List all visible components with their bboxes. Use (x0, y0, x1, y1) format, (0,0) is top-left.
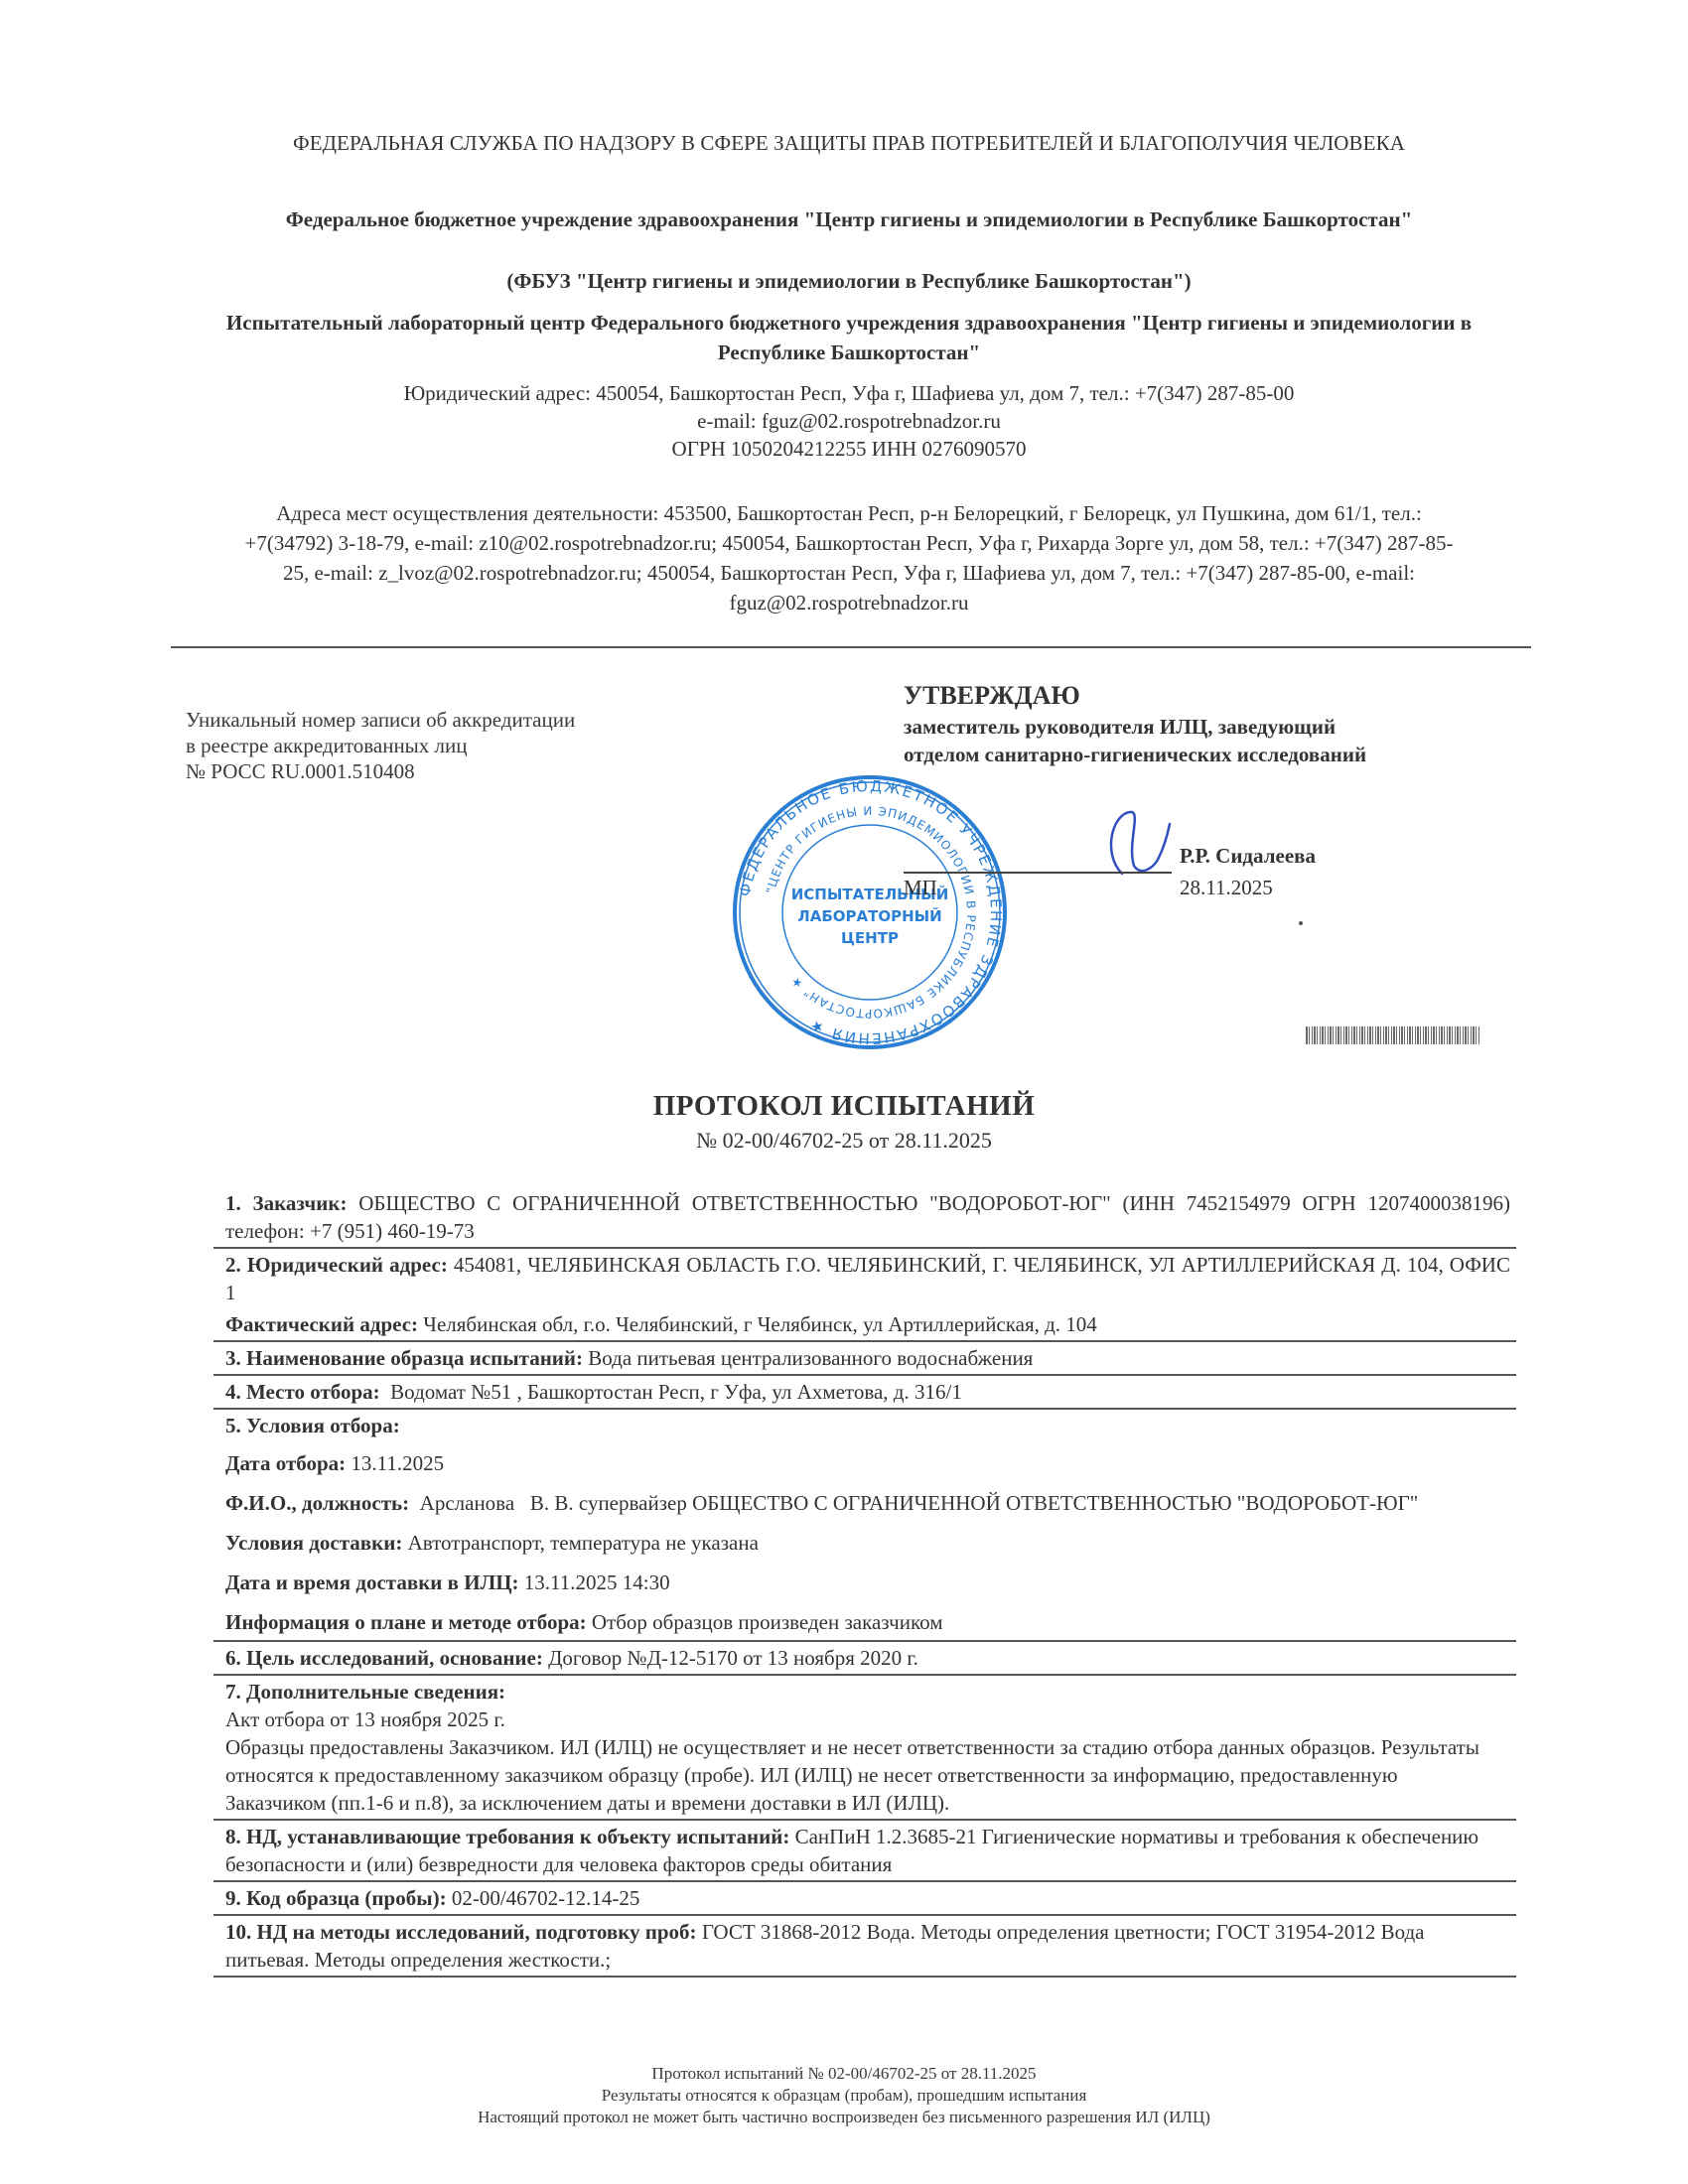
header-contacts: Юридический адрес: 450054, Башкортостан … (218, 379, 1479, 463)
legal-address: Юридический адрес: 450054, Башкортостан … (218, 379, 1479, 407)
accreditation-line-1: Уникальный номер записи об аккредитации (186, 707, 575, 733)
seal-label: МП (904, 876, 937, 900)
svg-text:ЛАБОРАТОРНЫЙ: ЛАБОРАТОРНЫЙ (797, 906, 941, 925)
report-title: ПРОТОКОЛ ИСПЫТАНИЙ (0, 1090, 1688, 1123)
item-sampling-plan: Информация о плане и методе отбора: Отбо… (213, 1600, 1516, 1642)
item-sampling-place: 4. Место отбора: Водомат №51 , Башкортос… (213, 1376, 1516, 1410)
report-number: № 02-00/46702-25 от 28.11.2025 (0, 1128, 1688, 1154)
item-sampling-date: Дата отбора: 13.11.2025 (213, 1441, 1516, 1481)
footer-reproduction-note: Настоящий протокол не может быть частичн… (0, 2107, 1688, 2128)
ogrn-inn: ОГРН 1050204212255 ИНН 0276090570 (218, 435, 1479, 463)
footer-results-note: Результаты относятся к образцам (пробам)… (0, 2085, 1688, 2107)
email: e-mail: fguz@02.rospotrebnadzor.ru (218, 407, 1479, 435)
item-purpose: 6. Цель исследований, основание: Договор… (213, 1642, 1516, 1676)
svg-text:ЦЕНТР: ЦЕНТР (841, 929, 899, 947)
accreditation-line-2: в реестре аккредитованных лиц (186, 733, 575, 758)
barcode-icon (1306, 1026, 1480, 1044)
signature-line (904, 872, 1172, 874)
item-legal-address: 2. Юридический адрес: 454081, ЧЕЛЯБИНСКА… (213, 1249, 1516, 1308)
item-methods-nd: 10. НД на методы исследований, подготовк… (213, 1916, 1516, 1978)
item-sample-name: 3. Наименование образца испытаний: Вода … (213, 1342, 1516, 1376)
approval-date: 28.11.2025 (1180, 876, 1273, 900)
approver-role-line-1: заместитель руководителя ИЛЦ, заведующий (904, 713, 1499, 741)
item-customer: 1. Заказчик: ОБЩЕСТВО С ОГРАНИЧЕННОЙ ОТВ… (213, 1187, 1516, 1249)
item-actual-address: Фактический адрес: Челябинская обл, г.о.… (213, 1308, 1516, 1342)
approver-role-line-2: отделом санитарно-гигиенических исследов… (904, 741, 1499, 768)
item-additional-info: 7. Дополнительные сведения: Акт отбора о… (213, 1676, 1516, 1821)
page-footer: Протокол испытаний № 02-00/46702-25 от 2… (0, 2063, 1688, 2128)
agency-name: ФЕДЕРАЛЬНАЯ СЛУЖБА ПО НАДЗОРУ В СФЕРЕ ЗА… (218, 129, 1479, 158)
item-delivery-datetime: Дата и время доставки в ИЛЦ: 13.11.2025 … (213, 1561, 1516, 1600)
institution-name: Федеральное бюджетное учреждение здравоо… (218, 205, 1479, 234)
accreditation-block: Уникальный номер записи об аккредитации … (186, 707, 575, 784)
institution-short-name: (ФБУЗ "Центр гигиены и эпидемиологии в Р… (218, 266, 1479, 296)
activity-addresses: Адреса мест осуществления деятельности: … (218, 498, 1479, 617)
test-report-page: ФЕДЕРАЛЬНАЯ СЛУЖБА ПО НАДЗОРУ В СФЕРЕ ЗА… (0, 0, 1688, 2184)
item-sampling-conditions: 5. Условия отбора: (213, 1410, 1516, 1441)
item-requirements-nd: 8. НД, устанавливающие требования к объе… (213, 1821, 1516, 1882)
item-sample-code: 9. Код образца (пробы): 02-00/46702-12.1… (213, 1882, 1516, 1916)
footer-report-number: Протокол испытаний № 02-00/46702-25 от 2… (0, 2063, 1688, 2085)
approval-block: УТВЕРЖДАЮ заместитель руководителя ИЛЦ, … (904, 679, 1499, 768)
lab-center-name: Испытательный лабораторный центр Федерал… (218, 308, 1479, 367)
signatory-name: Р.Р. Сидалеева (1180, 844, 1316, 869)
report-details: 1. Заказчик: ОБЩЕСТВО С ОГРАНИЧЕННОЙ ОТВ… (213, 1187, 1516, 1978)
item-delivery-conditions: Условия доставки: Автотранспорт, темпера… (213, 1521, 1516, 1561)
official-stamp-icon: ФЕДЕРАЛЬНОЕ БЮДЖЕТНОЕ УЧРЕЖДЕНИЕ ЗДРАВОО… (730, 772, 1010, 1052)
approval-title: УТВЕРЖДАЮ (904, 679, 1499, 713)
item-sampler: Ф.И.О., должность: Арсланова В. В. супер… (213, 1481, 1516, 1521)
accreditation-number: № РОСС RU.0001.510408 (186, 758, 575, 784)
header-divider (171, 646, 1531, 648)
dot-mark (1299, 921, 1303, 925)
